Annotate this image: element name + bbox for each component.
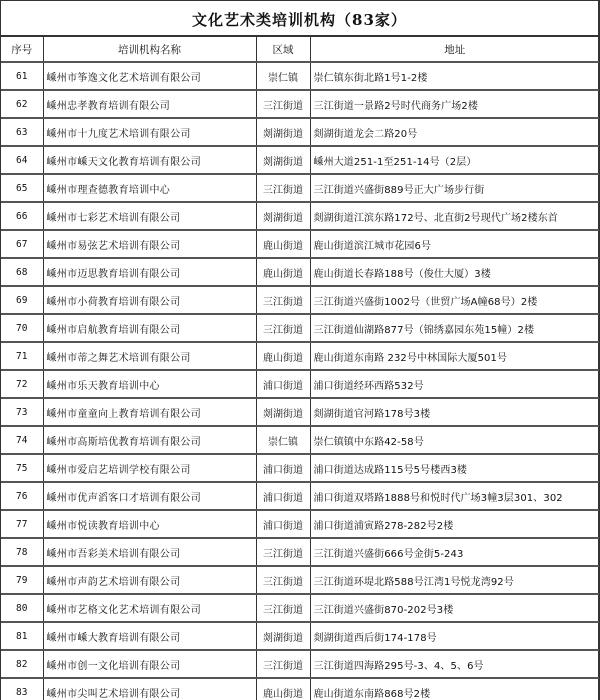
cell-address: 三江街道仙湖路877号（锦绣嘉园东苑15幢）2楼 [310,314,599,342]
cell-name: 嵊州市乐天教育培训中心 [43,370,256,398]
cell-area: 三江街道 [256,286,310,314]
table-row: 66嵊州市七彩艺术培训有限公司剡湖街道剡湖街道江滨东路172号、北直街2号现代广… [1,202,599,230]
cell-name: 嵊州市启航教育培训有限公司 [43,314,256,342]
cell-address: 浦口街道浦寅路278-282号2楼 [310,510,599,538]
page-title: 文化艺术类培训机构（83家） [1,1,598,37]
cell-name: 嵊州市爱启艺培训学校有限公司 [43,454,256,482]
cell-no: 78 [1,538,43,566]
table-row: 77嵊州市悦读教育培训中心浦口街道浦口街道浦寅路278-282号2楼 [1,510,599,538]
cell-area: 三江街道 [256,538,310,566]
table-row: 69嵊州市小荷教育培训有限公司三江街道三江街道兴盛街1002号（世贸广场A幢68… [1,286,599,314]
cell-name: 嵊州市悦读教育培训中心 [43,510,256,538]
cell-no: 66 [1,202,43,230]
cell-no: 74 [1,426,43,454]
cell-address: 三江街道兴盛街1002号（世贸广场A幢68号）2楼 [310,286,599,314]
header-area: 区域 [256,37,310,62]
cell-no: 79 [1,566,43,594]
cell-address: 浦口街道经环西路532号 [310,370,599,398]
cell-name: 嵊州市创一文化培训有限公司 [43,650,256,678]
cell-address: 浦口街道双塔路1888号和悦时代广场3幢3层301、302 [310,482,599,510]
cell-area: 三江街道 [256,594,310,622]
cell-name: 嵊州市七彩艺术培训有限公司 [43,202,256,230]
cell-area: 剡湖街道 [256,118,310,146]
cell-address: 三江街道一景路2号时代商务广场2楼 [310,90,599,118]
cell-name: 嵊州市易弦艺术培训有限公司 [43,230,256,258]
cell-address: 嵊州大道251-1至251-14号（2层） [310,146,599,174]
cell-no: 80 [1,594,43,622]
cell-name: 嵊州市童童向上教育培训有限公司 [43,398,256,426]
table-row: 68嵊州市迈思教育培训有限公司鹿山街道鹿山街道长春路188号（俊仕大厦）3楼 [1,258,599,286]
table-body: 61嵊州市筝逸文化艺术培训有限公司崇仁镇崇仁镇东街北路1号1-2楼62嵊州忠孝教… [1,62,599,700]
table-row: 72嵊州市乐天教育培训中心浦口街道浦口街道经环西路532号 [1,370,599,398]
table-row: 63嵊州市十九度艺术培训有限公司剡湖街道剡湖街道龙会二路20号 [1,118,599,146]
cell-no: 70 [1,314,43,342]
cell-name: 嵊州市尖叫艺术培训有限公司 [43,678,256,700]
cell-address: 三江街道兴盛街889号正大广场步行街 [310,174,599,202]
cell-area: 浦口街道 [256,370,310,398]
table-row: 75嵊州市爱启艺培训学校有限公司浦口街道浦口街道达成路115号5号楼西3楼 [1,454,599,482]
cell-no: 72 [1,370,43,398]
cell-address: 鹿山街道长春路188号（俊仕大厦）3楼 [310,258,599,286]
table-row: 80嵊州市艺格文化艺术培训有限公司三江街道三江街道兴盛街870-202号3楼 [1,594,599,622]
cell-address: 剡湖街道江滨东路172号、北直街2号现代广场2楼东首 [310,202,599,230]
cell-address: 三江街道四海路295号-3、4、5、6号 [310,650,599,678]
cell-no: 71 [1,342,43,370]
cell-no: 65 [1,174,43,202]
cell-address: 剡湖街道西后街174-178号 [310,622,599,650]
table-row: 65嵊州市理查德教育培训中心三江街道三江街道兴盛街889号正大广场步行街 [1,174,599,202]
cell-no: 67 [1,230,43,258]
cell-area: 三江街道 [256,90,310,118]
cell-no: 82 [1,650,43,678]
cell-area: 崇仁镇 [256,62,310,90]
cell-address: 鹿山街道滨江城市花园6号 [310,230,599,258]
cell-area: 剡湖街道 [256,622,310,650]
cell-area: 剡湖街道 [256,202,310,230]
cell-name: 嵊州市声韵艺术培训有限公司 [43,566,256,594]
cell-name: 嵊州市吾彩美术培训有限公司 [43,538,256,566]
cell-area: 浦口街道 [256,482,310,510]
table-row: 62嵊州忠孝教育培训有限公司三江街道三江街道一景路2号时代商务广场2楼 [1,90,599,118]
institutions-table: 序号 培训机构名称 区域 地址 61嵊州市筝逸文化艺术培训有限公司崇仁镇崇仁镇东… [1,37,599,700]
cell-area: 鹿山街道 [256,258,310,286]
cell-address: 鹿山街道东南路 232号中林国际大厦501号 [310,342,599,370]
cell-name: 嵊州市优声滔客口才培训有限公司 [43,482,256,510]
cell-address: 崇仁镇东街北路1号1-2楼 [310,62,599,90]
cell-area: 剡湖街道 [256,398,310,426]
table-row: 70嵊州市启航教育培训有限公司三江街道三江街道仙湖路877号（锦绣嘉园东苑15幢… [1,314,599,342]
header-name: 培训机构名称 [43,37,256,62]
cell-area: 剡湖街道 [256,146,310,174]
cell-name: 嵊州市嵊天文化教育培训有限公司 [43,146,256,174]
cell-no: 73 [1,398,43,426]
table-row: 61嵊州市筝逸文化艺术培训有限公司崇仁镇崇仁镇东街北路1号1-2楼 [1,62,599,90]
table-row: 79嵊州市声韵艺术培训有限公司三江街道三江街道环堤北路588号江湾1号悦龙湾92… [1,566,599,594]
cell-no: 68 [1,258,43,286]
cell-no: 63 [1,118,43,146]
cell-area: 鹿山街道 [256,678,310,700]
header-no: 序号 [1,37,43,62]
cell-address: 浦口街道达成路115号5号楼西3楼 [310,454,599,482]
cell-no: 77 [1,510,43,538]
header-address: 地址 [310,37,599,62]
cell-address: 三江街道兴盛街666号金街5-243 [310,538,599,566]
cell-no: 62 [1,90,43,118]
cell-name: 嵊州市十九度艺术培训有限公司 [43,118,256,146]
cell-area: 崇仁镇 [256,426,310,454]
cell-address: 剡湖街道龙会二路20号 [310,118,599,146]
cell-address: 鹿山街道东南路868号2楼 [310,678,599,700]
cell-area: 浦口街道 [256,510,310,538]
table-row: 82嵊州市创一文化培训有限公司三江街道三江街道四海路295号-3、4、5、6号 [1,650,599,678]
table-row: 81嵊州市嵊大教育培训有限公司剡湖街道剡湖街道西后街174-178号 [1,622,599,650]
table-row: 76嵊州市优声滔客口才培训有限公司浦口街道浦口街道双塔路1888号和悦时代广场3… [1,482,599,510]
cell-no: 81 [1,622,43,650]
cell-address: 剡湖街道官河路178号3楼 [310,398,599,426]
document-sheet: 文化艺术类培训机构（83家） 序号 培训机构名称 区域 地址 61嵊州市筝逸文化… [0,0,600,700]
cell-area: 三江街道 [256,314,310,342]
cell-name: 嵊州市筝逸文化艺术培训有限公司 [43,62,256,90]
cell-name: 嵊州忠孝教育培训有限公司 [43,90,256,118]
table-row: 78嵊州市吾彩美术培训有限公司三江街道三江街道兴盛街666号金街5-243 [1,538,599,566]
cell-area: 三江街道 [256,174,310,202]
table-row: 67嵊州市易弦艺术培训有限公司鹿山街道鹿山街道滨江城市花园6号 [1,230,599,258]
cell-address: 三江街道兴盛街870-202号3楼 [310,594,599,622]
cell-name: 嵊州市迈思教育培训有限公司 [43,258,256,286]
cell-name: 嵊州市蒂之舞艺术培训有限公司 [43,342,256,370]
table-row: 73嵊州市童童向上教育培训有限公司剡湖街道剡湖街道官河路178号3楼 [1,398,599,426]
cell-no: 61 [1,62,43,90]
cell-area: 三江街道 [256,566,310,594]
cell-address: 崇仁镇镇中东路42-58号 [310,426,599,454]
cell-name: 嵊州市高斯培优教育培训有限公司 [43,426,256,454]
cell-address: 三江街道环堤北路588号江湾1号悦龙湾92号 [310,566,599,594]
table-row: 64嵊州市嵊天文化教育培训有限公司剡湖街道嵊州大道251-1至251-14号（2… [1,146,599,174]
cell-area: 鹿山街道 [256,230,310,258]
cell-area: 鹿山街道 [256,342,310,370]
cell-area: 浦口街道 [256,454,310,482]
cell-no: 75 [1,454,43,482]
cell-no: 64 [1,146,43,174]
cell-no: 69 [1,286,43,314]
cell-area: 三江街道 [256,650,310,678]
table-row: 71嵊州市蒂之舞艺术培训有限公司鹿山街道鹿山街道东南路 232号中林国际大厦50… [1,342,599,370]
cell-name: 嵊州市艺格文化艺术培训有限公司 [43,594,256,622]
table-row: 74嵊州市高斯培优教育培训有限公司崇仁镇崇仁镇镇中东路42-58号 [1,426,599,454]
cell-no: 76 [1,482,43,510]
cell-no: 83 [1,678,43,700]
cell-name: 嵊州市小荷教育培训有限公司 [43,286,256,314]
table-header-row: 序号 培训机构名称 区域 地址 [1,37,599,62]
table-row: 83嵊州市尖叫艺术培训有限公司鹿山街道鹿山街道东南路868号2楼 [1,678,599,700]
cell-name: 嵊州市嵊大教育培训有限公司 [43,622,256,650]
cell-name: 嵊州市理查德教育培训中心 [43,174,256,202]
